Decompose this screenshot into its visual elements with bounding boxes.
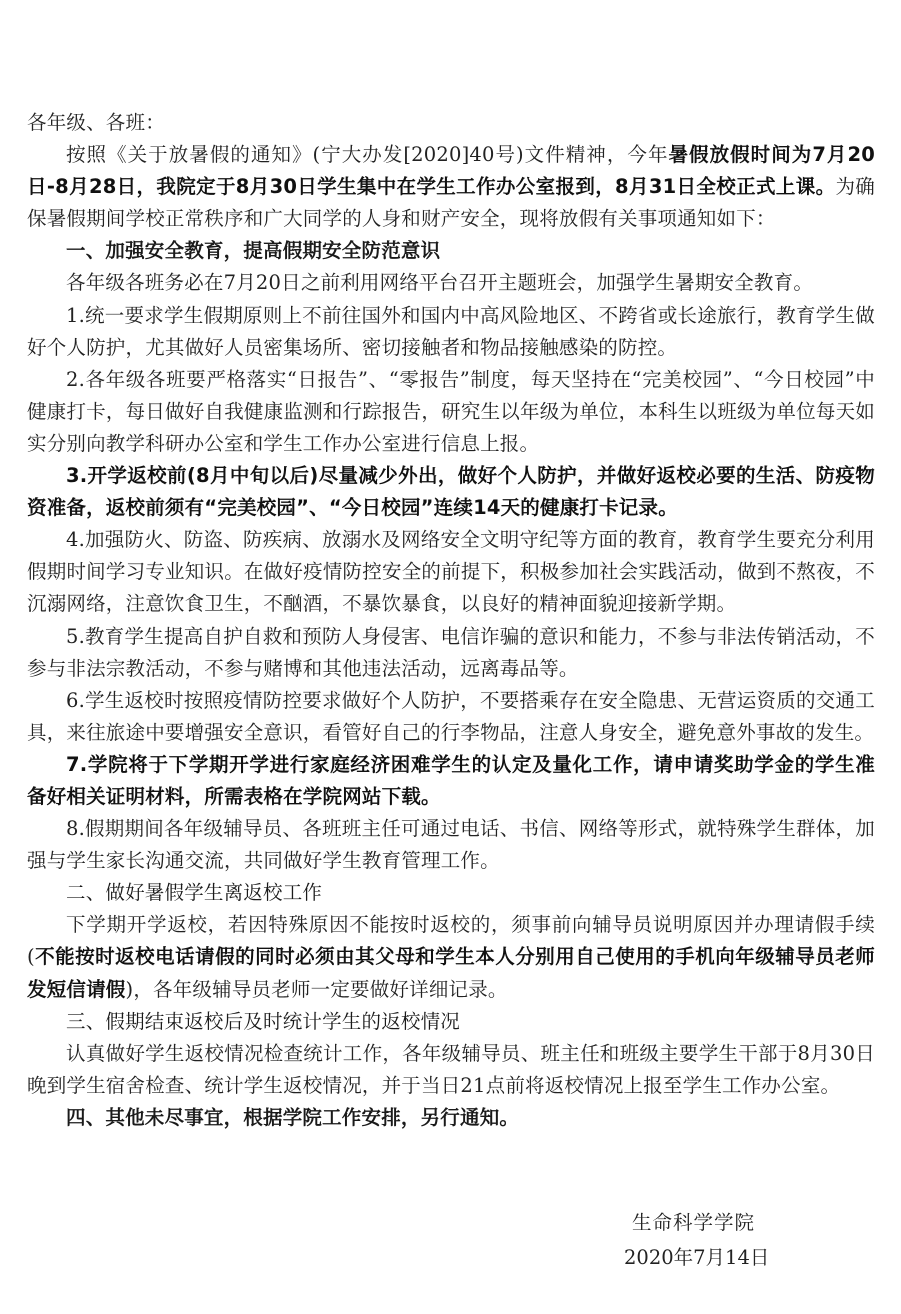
section-1-heading: 一、加强安全教育，提高假期安全防范意识 [27,235,875,267]
salutation: 各年级、各班： [27,107,875,139]
section-3-body: 认真做好学生返校情况检查统计工作，各年级辅导员、班主任和班级主要学生干部于8月3… [27,1038,875,1102]
section-1-item-6: 6.学生返校时按照疫情防控要求做好个人防护，不要搭乘存在安全隐患、无营运资质的交… [27,685,875,749]
signature-date: 2020年7月14日 [624,1242,769,1270]
section-2-text-2: )，各年级辅导员老师一定要做好详细记录。 [126,978,508,1001]
section-1-item-3: 3.开学返校前(8月中旬以后)尽量减少外出，做好个人防护，并做好返校必要的生活、… [27,460,875,524]
section-1-item-8: 8.假期期间各年级辅导员、各班班主任可通过电话、书信、网络等形式，就特殊学生群体… [27,813,875,877]
section-1-lead: 各年级各班务必在7月20日之前利用网络平台召开主题班会，加强学生暑期安全教育。 [27,267,875,299]
intro-text-1: 按照《关于放暑假的通知》(宁大办发[2020]40号)文件精神，今年 [66,143,669,166]
section-2-body: 下学期开学返校，若因特殊原因不能按时返校的，须事前向辅导员说明原因并办理请假手续… [27,909,875,1005]
section-1-item-7: 7.学院将于下学期开学进行家庭经济困难学生的认定及量化工作，请申请奖助学金的学生… [27,749,875,813]
section-4-heading: 四、其他未尽事宜，根据学院工作安排，另行通知。 [27,1102,875,1134]
section-1-item-2: 2.各年级各班要严格落实“日报告”、“零报告”制度，每天坚持在“完美校园”、“今… [27,364,875,460]
section-1-item-1: 1.统一要求学生假期原则上不前往国外和国内中高风险地区、不跨省或长途旅行，教育学… [27,300,875,364]
intro-paragraph: 按照《关于放暑假的通知》(宁大办发[2020]40号)文件精神，今年暑假放假时间… [27,139,875,235]
section-2-heading: 二、做好暑假学生离返校工作 [27,877,875,909]
signature-organization: 生命科学学院 [632,1207,755,1235]
section-1-item-4: 4.加强防火、防盗、防疾病、放溺水及网络安全文明守纪等方面的教育，教育学生要充分… [27,524,875,620]
section-1-item-5: 5.教育学生提高自护自救和预防人身侵害、电信诈骗的意识和能力，不参与非法传销活动… [27,621,875,685]
notice-document: 各年级、各班： 按照《关于放暑假的通知》(宁大办发[2020]40号)文件精神，… [27,107,875,1134]
section-3-heading: 三、假期结束返校后及时统计学生的返校情况 [27,1006,875,1038]
